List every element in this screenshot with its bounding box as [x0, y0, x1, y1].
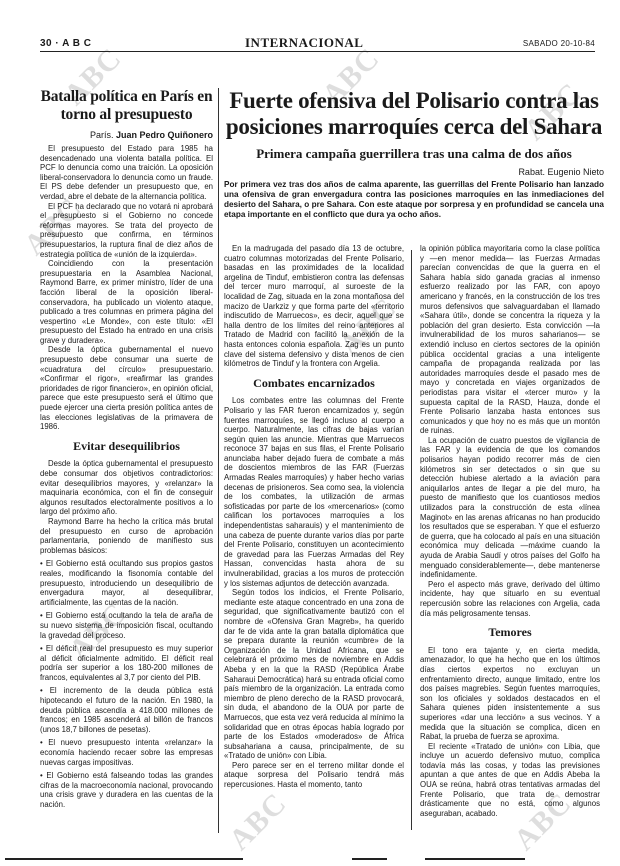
page-number-label: 30 · A B C — [40, 38, 92, 49]
left-article-body: El presupuesto del Estado para 1985 ha d… — [40, 144, 213, 810]
paragraph: El PCF ha declarado que no votará ni apr… — [40, 202, 213, 260]
main-article-subtitle: Primera campaña guerrillera tras una cal… — [224, 146, 604, 162]
bullet-item: • El déficit real del presupuesto es muy… — [40, 644, 213, 682]
bullet-item: • El incremento de la deuda pública está… — [40, 686, 213, 734]
main-article-header: Fuerte ofensiva del Polisario contra las… — [224, 88, 604, 220]
paragraph: El tono era tajante y, en cierta medida,… — [420, 646, 600, 742]
column-divider — [218, 88, 219, 833]
column-divider — [411, 250, 412, 830]
paragraph: Según todos los indicios, el Frente Poli… — [224, 588, 404, 761]
paragraph: Los combates entre las columnas del Fren… — [224, 396, 404, 588]
bullet-item: • El nuevo presupuesto intenta «relanzar… — [40, 738, 213, 767]
paragraph: El presupuesto del Estado para 1985 ha d… — [40, 144, 213, 202]
left-article-title: Batalla política en París en torno al pr… — [40, 88, 213, 124]
main-article-subhead-combates: Combates encarnizados — [224, 379, 404, 389]
paragraph: Coincidiendo con la presentación presupu… — [40, 259, 213, 345]
footer-rule — [352, 858, 387, 860]
bullet-item: • El Gobierno está falseando todas las g… — [40, 771, 213, 809]
left-article-byline: París. Juan Pedro Quiñonero — [40, 130, 213, 140]
main-article-subhead-temores: Temores — [420, 628, 600, 638]
main-article-column-1: En la madrugada del pasado día 13 de oct… — [224, 244, 404, 790]
paragraph: En la madrugada del pasado día 13 de oct… — [224, 244, 404, 369]
date-label: SABADO 20-10-84 — [523, 39, 595, 48]
main-article-byline: Rabat. Eugenio Nieto — [224, 167, 604, 177]
watermark-abc: ABC — [223, 787, 294, 858]
main-article-title: Fuerte ofensiva del Polisario contra las… — [224, 88, 604, 140]
paragraph: Pero el aspecto más grave, derivado del … — [420, 580, 600, 618]
paragraph: la opinión pública mayoritaria como la c… — [420, 244, 600, 436]
bullet-item: • El Gobierno está ocultando sus propios… — [40, 559, 213, 607]
footer-rule — [425, 858, 525, 860]
footer-rule — [5, 858, 243, 860]
main-article-lead: Por primera vez tras dos años de calma a… — [224, 180, 604, 220]
section-title: INTERNACIONAL — [245, 35, 363, 51]
paragraph: El reciente «Tratado de unión» con Libia… — [420, 742, 600, 819]
paragraph: Pero parece ser en el terreno militar do… — [224, 761, 404, 790]
paragraph: Desde la óptica gubernamental el presupu… — [40, 459, 213, 517]
paragraph: La ocupación de cuatro puestos de vigila… — [420, 436, 600, 580]
page-header: 30 · A B C INTERNACIONAL SABADO 20-10-84 — [40, 38, 595, 52]
bullet-item: • El Gobierno está ocultando la tela de … — [40, 611, 213, 640]
main-article-column-2: la opinión pública mayoritaria como la c… — [420, 244, 600, 818]
left-article: Batalla política en París en torno al pr… — [40, 88, 213, 810]
paragraph: Desde la óptica gubernamental el nuevo p… — [40, 345, 213, 431]
paragraph: Raymond Barre ha hecho la crítica más br… — [40, 517, 213, 555]
left-article-subhead: Evitar desequilibrios — [40, 442, 213, 452]
